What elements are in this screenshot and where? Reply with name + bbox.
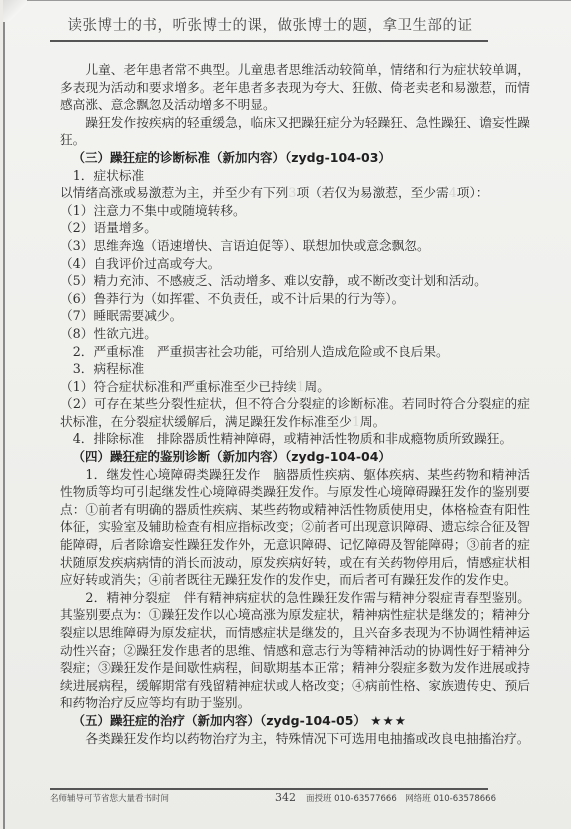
paragraph-mania-classification: 躁狂发作按疾病的轻重缓急，临床又把躁狂症分为轻躁狂、急性躁狂、谵妄性躁狂。: [60, 114, 530, 149]
page-number: 342: [275, 791, 296, 804]
symptom-item: （5）精力充沛、不感疲乏、活动增多、难以安静，或不断改变计划和活动。: [60, 272, 530, 290]
section-heading-differential-diagnosis: （四）躁狂症的鉴别诊断（新加内容）（zydg-104-04）: [60, 448, 530, 466]
severity-criteria: 2．严重标准 严重损害社会功能，可给别人造成危险或不良后果。: [60, 343, 530, 361]
faded-count: 1: [296, 379, 304, 394]
paragraph-atypical-cases: 儿童、老年患者常不典型。儿童患者思维活动较简单，情绪和行为症状较单调，多表现为活…: [60, 61, 530, 114]
course-item: （1）符合症状标准和严重标准至少已持续1周。: [60, 378, 530, 396]
symptom-item: （1）注意力不集中或随境转移。: [60, 202, 530, 220]
section-heading-diagnostic-criteria: （三）躁狂症的诊断标准（新加内容）（zydg-104-03）: [60, 149, 530, 167]
faded-count: 4: [449, 185, 457, 200]
faded-count: 1: [352, 414, 360, 429]
subheading-course-criteria: 3．病程标准: [60, 360, 530, 378]
star-rating-icon: ★★★: [370, 713, 407, 728]
subheading-symptom-criteria: 1．症状标准: [60, 167, 530, 185]
section-heading-treatment: （五）躁狂症的治疗（新加内容）（zydg-104-05） ★★★: [60, 712, 530, 730]
symptom-item: （4）自我评价过高或夸大。: [60, 255, 530, 273]
header-divider: [50, 40, 488, 42]
page-body: 儿童、老年患者常不典型。儿童患者思维活动较简单，情绪和行为症状较单调，多表现为活…: [60, 61, 530, 747]
symptom-item: （8）性欲亢进。: [60, 325, 530, 343]
footer-contact: 面授班 010-63577666 网络班 010-63578666: [306, 792, 496, 804]
differential-item-schizophrenia: 2．精神分裂症 伴有精神病症状的急性躁狂发作需与精神分裂症青春型鉴别。其鉴别要点…: [60, 589, 530, 712]
symptom-item: （6）鲁莽行为（如挥霍、不负责任，或不计后果的行为等）。: [60, 290, 530, 308]
symptom-item: （2）语量增多。: [60, 219, 530, 237]
page-header: 读张博士的书，听张博士的课，做张博士的题，拿卫生部的证: [50, 14, 490, 35]
differential-item-secondary: 1．继发性心境障碍类躁狂发作 脑器质性疾病、躯体疾病、某些药物和精神活性物质等均…: [60, 466, 530, 589]
page-footer: 名师辅导可节省您大量看书时间 342 面授班 010-63577666 网络班 …: [50, 792, 490, 806]
symptom-item: （3）思维奔逸（语速增快、言语迫促等）、联想加快或意念飘忽。: [60, 237, 530, 255]
symptom-criteria-intro: 以情绪高涨或易激惹为主，并至少有下列3项（若仅为易激惹，至少需4项）：: [60, 184, 530, 202]
paragraph-treatment: 各类躁狂发作均以药物治疗为主，特殊情况下可选用电抽搐或改良电抽搐治疗。: [60, 730, 530, 748]
footer-divider: [50, 788, 488, 790]
page-corner-fold: [3, 0, 27, 22]
footer-slogan: 名师辅导可节省您大量看书时间: [50, 792, 169, 804]
symptom-item: （7）睡眠需要减少。: [60, 307, 530, 325]
course-item: （2）可存在某些分裂性症状，但不符合分裂症的诊断标准。若同时符合分裂症的症状标准…: [60, 395, 530, 430]
exclusion-criteria: 4．排除标准 排除器质性精神障碍，或精神活性物质和非成瘾物质所致躁狂。: [60, 430, 530, 448]
